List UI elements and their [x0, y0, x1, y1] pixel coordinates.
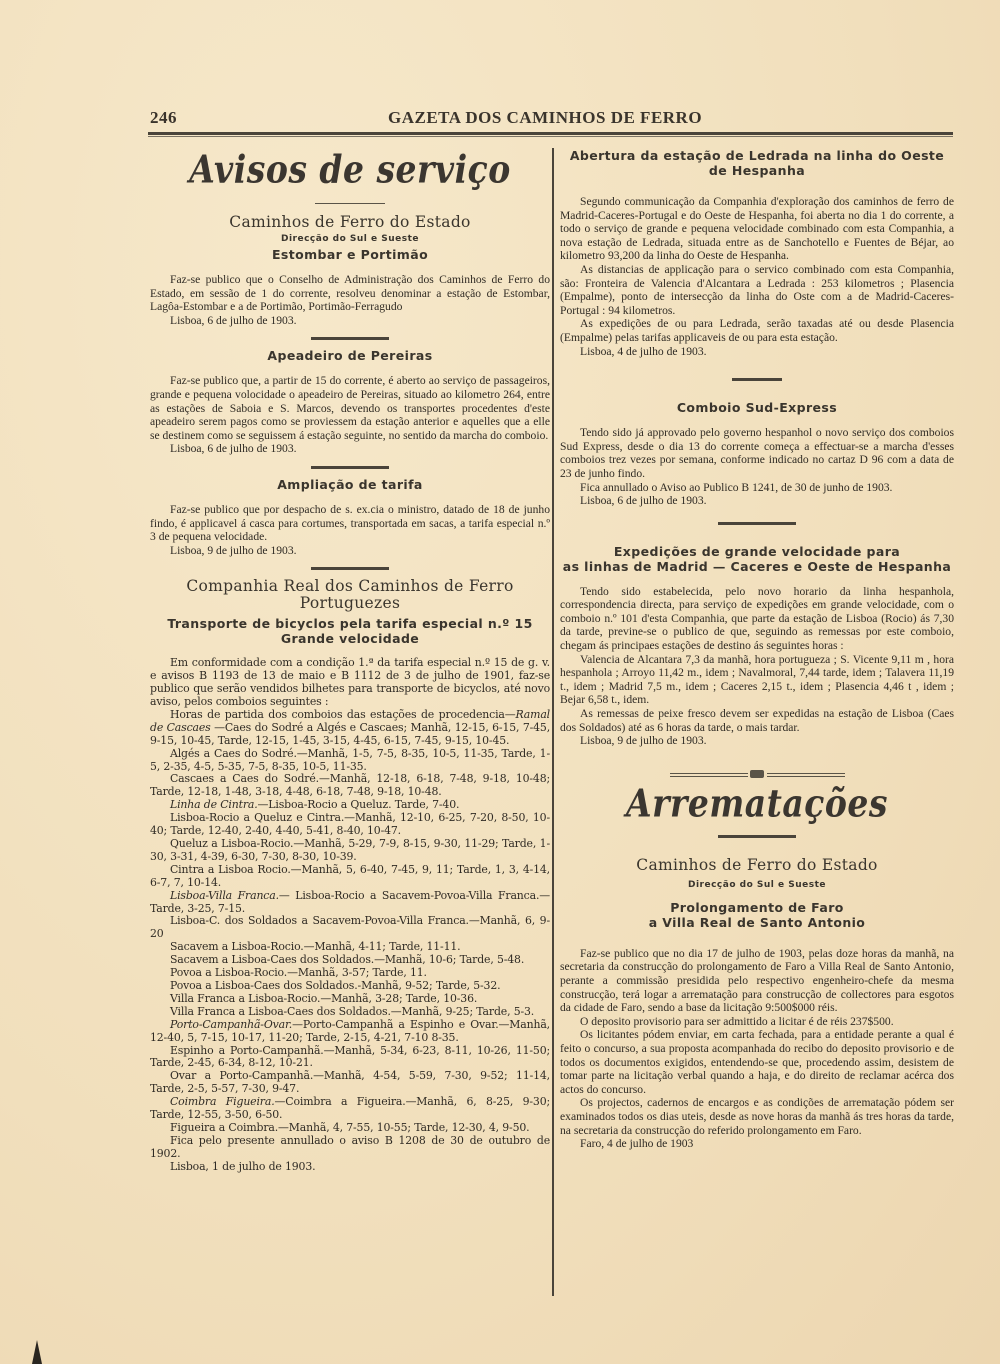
schedule-entry: Povoa a Lisboa-Caes dos Soldados.-Manhã,… — [150, 980, 550, 993]
notice-title-line2: as linhas de Madrid — Caceres e Oeste de… — [560, 559, 954, 574]
division-heading: Direcção do Sul e Sueste — [560, 880, 954, 890]
header-rule — [148, 132, 953, 137]
notice-title: Expedições de grande velocidade para — [560, 544, 954, 559]
notice-paragraph: Segundo communicação da Companhia d'expl… — [560, 195, 954, 263]
schedule-entry: Villa Franca a Lisboa-Rocio.—Manhã, 3-28… — [150, 993, 550, 1006]
ornamental-divider — [670, 770, 845, 778]
notice-paragraph: O deposito provisorio para ser admittido… — [560, 1015, 954, 1029]
schedule-entry: Porto-Campanhã-Ovar.—Porto-Campanhã a Es… — [150, 1019, 550, 1045]
dateline: Lisboa, 1 de julho de 1903. — [150, 1161, 550, 1174]
schedule-entry: Figueira a Coimbra.—Manhã, 4, 7-55, 10-5… — [150, 1122, 550, 1135]
divider — [718, 522, 796, 525]
schedule-entry: Cascaes a Caes do Sodré.—Manhã, 12-18, 6… — [150, 773, 550, 799]
divider — [718, 835, 796, 838]
notice-paragraph: As expedições de ou para Ledrada, serão … — [560, 317, 954, 344]
notice-paragraph: Faz-se publico que por despacho de s. ex… — [150, 503, 550, 544]
binding-mark — [32, 1340, 42, 1364]
right-column: Abertura da estação de Ledrada na linha … — [560, 148, 954, 1151]
dateline: Faro, 4 de julho de 1903 — [560, 1137, 954, 1151]
locomotive-ornament-icon — [750, 770, 764, 778]
schedule-entry: Cintra a Lisboa Rocio.—Manhã, 5, 6-40, 7… — [150, 864, 550, 890]
schedule-entry: Coimbra Figueira.—Coimbra a Figueira.—Ma… — [150, 1096, 550, 1122]
notice-paragraph: Faz-se publico que, a partir de 15 do co… — [150, 374, 550, 442]
section-title-arrematacoes: Arrematações — [560, 781, 954, 826]
dateline: Lisboa, 6 de julho de 1903. — [560, 494, 954, 508]
notice-paragraph: Tendo sido estabelecida, pelo novo horar… — [560, 585, 954, 653]
divider — [732, 378, 782, 381]
page-number: 246 — [150, 108, 177, 128]
divider — [311, 466, 389, 469]
notice-title-line2: a Villa Real de Santo Antonio — [560, 915, 954, 930]
notice-title: Apeadeiro de Pereiras — [150, 348, 550, 363]
schedule-entry: Horas de partida dos comboios das estaçõ… — [150, 709, 550, 748]
notice-paragraph: Os licitantes pódem enviar, em carta fec… — [560, 1028, 954, 1096]
schedule-entry: Ovar a Porto-Campanhã.—Manhã, 4-54, 5-59… — [150, 1070, 550, 1096]
schedule-entry: Lisboa-C. dos Soldados a Sacavem-Povoa-V… — [150, 915, 550, 941]
notice-title: Ampliação de tarifa — [150, 477, 550, 492]
left-column: Avisos de serviço Caminhos de Ferro do E… — [150, 148, 550, 1174]
column-divider — [552, 148, 554, 1296]
dateline: Lisboa, 4 de julho de 1903. — [560, 345, 954, 359]
publication-title: GAZETA DOS CAMINHOS DE FERRO — [388, 108, 702, 128]
newspaper-page: 246 GAZETA DOS CAMINHOS DE FERRO Avisos … — [148, 108, 953, 130]
schedule-entry: Lisboa-Rocio a Queluz e Cintra.—Manhã, 1… — [150, 812, 550, 838]
notice-title: Estombar e Portimão — [150, 247, 550, 262]
section-title-avisos: Avisos de serviço — [150, 147, 550, 192]
notice-paragraph: Faz-se publico que no dia 17 de julho de… — [560, 947, 954, 1015]
notice-paragraph: Faz-se publico que o Conselho de Adminis… — [150, 273, 550, 314]
running-head: 246 GAZETA DOS CAMINHOS DE FERRO — [148, 108, 953, 130]
notice-subtitle: Grande velocidade — [150, 631, 550, 646]
annulment-note: Fica pelo presente annullado o aviso B 1… — [150, 1135, 550, 1161]
notice-paragraph: Os projectos, cadernos de encargos e as … — [560, 1096, 954, 1137]
notice-title: Abertura da estação de Ledrada na linha … — [560, 148, 954, 178]
division-heading: Direcção do Sul e Sueste — [150, 234, 550, 244]
notice-paragraph: As distancias de applicação para o servi… — [560, 263, 954, 317]
notice-paragraph: As remessas de peixe fresco devem ser ex… — [560, 707, 954, 734]
notice-paragraph: Em conformidade com a condição 1.ª da ta… — [150, 657, 550, 709]
dateline: Lisboa, 9 de julho de 1903. — [560, 734, 954, 748]
notice-paragraph: Fica annullado o Aviso ao Publico B 1241… — [560, 481, 954, 495]
notice-paragraph: Valencia de Alcantara 7,3 da manhã, hora… — [560, 653, 954, 707]
notice-paragraph: Tendo sido já approvado pelo governo hes… — [560, 426, 954, 480]
schedule-entry: Algés a Caes do Sodré.—Manhã, 1-5, 7-5, … — [150, 748, 550, 774]
notice-title: Prolongamento de Faro — [560, 900, 954, 915]
notice-title: Comboio Sud-Express — [560, 400, 954, 415]
org-heading: Caminhos de Ferro do Estado — [560, 856, 954, 874]
dateline: Lisboa, 6 de julho de 1903. — [150, 442, 550, 456]
divider — [311, 567, 389, 570]
schedule-entry: Espinho a Porto-Campanhã.—Manhã, 5-34, 6… — [150, 1045, 550, 1071]
schedule-entry: Queluz a Lisboa-Rocio.—Manhã, 5-29, 7-9,… — [150, 838, 550, 864]
dateline: Lisboa, 6 de julho de 1903. — [150, 314, 550, 328]
schedule-entry: Lisboa-Villa Franca.— Lisboa-Rocio a Sac… — [150, 890, 550, 916]
org-heading: Caminhos de Ferro do Estado — [150, 213, 550, 231]
org-heading: Companhia Real dos Caminhos de Ferro Por… — [150, 578, 550, 612]
notice-title: Transporte de bicyclos pela tarifa espec… — [150, 616, 550, 631]
divider — [315, 203, 385, 204]
dateline: Lisboa, 9 de julho de 1903. — [150, 544, 550, 558]
divider — [311, 337, 389, 340]
